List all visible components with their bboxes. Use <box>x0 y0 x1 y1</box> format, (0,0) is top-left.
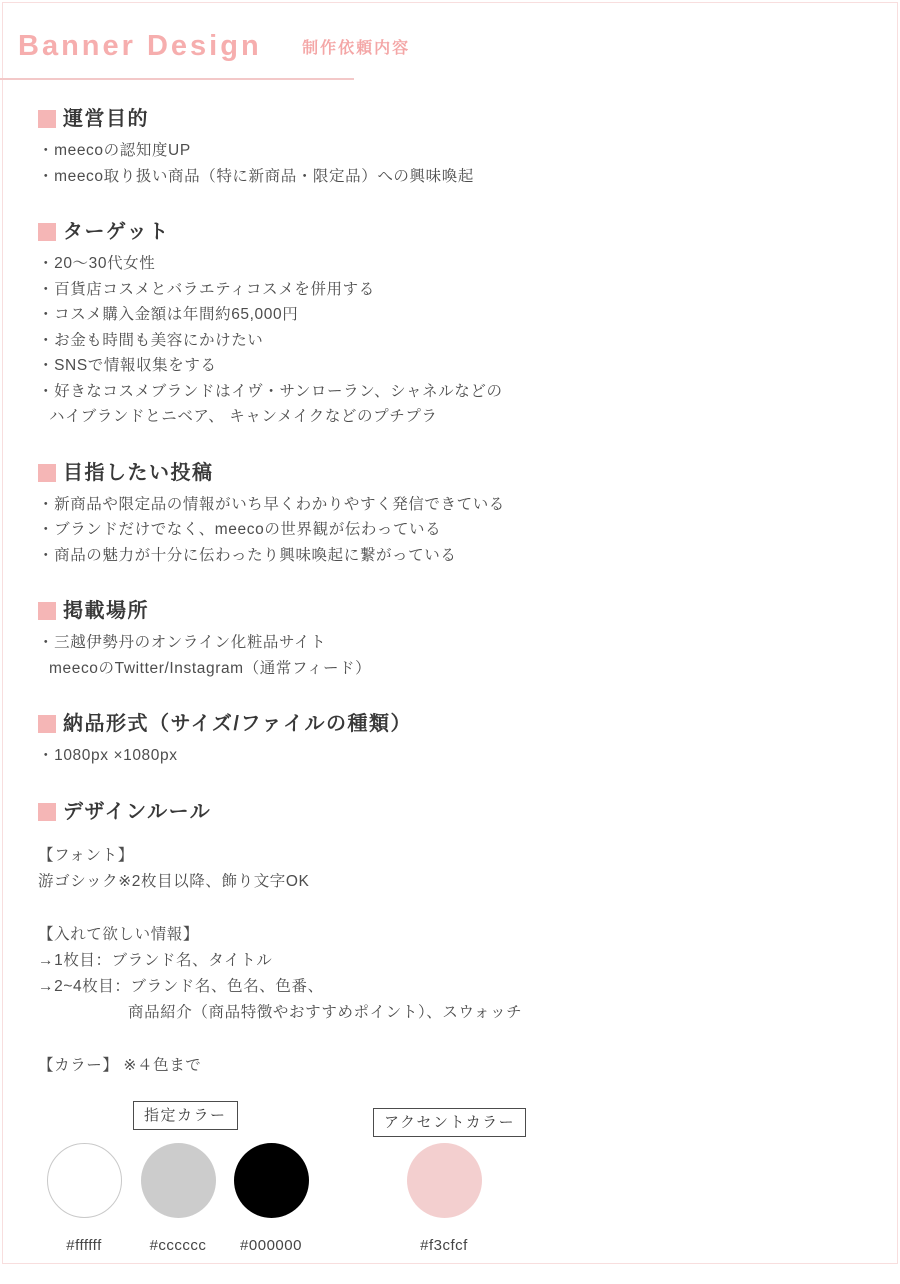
info-rule-line: →2~4枚目：ブランド名、色名、色番、 <box>38 974 858 1000</box>
pink-square-icon <box>38 110 56 128</box>
section-placement: 掲載場所 ・三越伊勢丹のオンライン化粧品サイト meecoのTwitter/In… <box>38 598 858 681</box>
section-heading-label: 掲載場所 <box>63 598 149 624</box>
section-desired-posts: 目指したい投稿 ・新商品や限定品の情報がいち早くわかりやすく発信できている ・ブ… <box>38 460 858 569</box>
design-rules-color-block: 【カラー】 ※４色まで <box>38 1053 858 1079</box>
bullet-line: ・ブランドだけでなく、meecoの世界観が伝わっている <box>38 517 858 543</box>
bullet-line: ・20〜30代女性 <box>38 251 858 277</box>
section-heading: 目指したい投稿 <box>38 460 858 486</box>
hex-label: #f3cfcf <box>406 1237 482 1254</box>
bullet-line: ・お金も時間も美容にかけたい <box>38 328 858 354</box>
page-header: Banner Design 制作依頼内容 <box>0 0 900 80</box>
swatch-white: #ffffff <box>46 1143 122 1254</box>
section-operation-purpose: 運営目的 ・meecoの認知度UP ・meeco取り扱い商品（特に新商品・限定品… <box>38 106 858 189</box>
section-heading-label: デザインルール <box>63 799 211 825</box>
section-target: ターゲット ・20〜30代女性 ・百貨店コスメとバラエティコスメを併用する ・コ… <box>38 219 858 430</box>
section-heading-label: 目指したい投稿 <box>63 460 214 486</box>
swatch-gray: #cccccc <box>140 1143 216 1254</box>
color-circle <box>234 1143 309 1218</box>
design-rules-font-block: 【フォント】 游ゴシック※2枚目以降、飾り文字OK <box>38 843 858 895</box>
section-heading: 掲載場所 <box>38 598 858 624</box>
section-heading: ターゲット <box>38 219 858 245</box>
font-rule-value: 游ゴシック※2枚目以降、飾り文字OK <box>38 869 858 895</box>
pink-square-icon <box>38 803 56 821</box>
bullet-line: ・好きなコスメブランドはイヴ・サンローラン、シャネルなどの <box>38 379 858 405</box>
accent-color-tag: アクセントカラー <box>373 1108 526 1137</box>
section-heading-label: 運営目的 <box>63 106 149 132</box>
section-heading: 納品形式（サイズ/ファイルの種類） <box>38 711 858 737</box>
section-heading: 運営目的 <box>38 106 858 132</box>
section-heading-label: ターゲット <box>63 219 170 245</box>
info-rule-label: 【入れて欲しい情報】 <box>38 922 858 948</box>
design-rules-info-block: 【入れて欲しい情報】 →1枚目：ブランド名、タイトル →2~4枚目：ブランド名、… <box>38 922 858 1026</box>
color-circle <box>47 1143 122 1218</box>
color-circle <box>141 1143 216 1218</box>
bullet-line: ・三越伊勢丹のオンライン化粧品サイト <box>38 630 858 656</box>
font-rule-label: 【フォント】 <box>38 843 858 869</box>
content-area: 運営目的 ・meecoの認知度UP ・meeco取り扱い商品（特に新商品・限定品… <box>0 106 900 1271</box>
hex-label: #ffffff <box>46 1237 122 1254</box>
page-subtitle: 制作依頼内容 <box>302 35 410 58</box>
bullet-line: ・新商品や限定品の情報がいち早くわかりやすく発信できている <box>38 492 858 518</box>
pink-square-icon <box>38 715 56 733</box>
info-rule-line: →1枚目：ブランド名、タイトル <box>38 948 858 974</box>
swatch-black: #000000 <box>233 1143 309 1254</box>
bullet-line: ・コスメ購入金額は年間約65,000円 <box>38 302 858 328</box>
section-heading-label: 納品形式（サイズ/ファイルの種類） <box>63 711 412 737</box>
bullet-line: ・百貨店コスメとバラエティコスメを併用する <box>38 277 858 303</box>
color-palette: 指定カラー アクセントカラー #ffffff #cccccc #000000 #… <box>38 1101 858 1271</box>
color-circle <box>407 1143 482 1218</box>
swatch-accent-pink: #f3cfcf <box>406 1143 482 1254</box>
pink-square-icon <box>38 223 56 241</box>
bullet-line: ・1080px ×1080px <box>38 743 858 769</box>
color-rule-label: 【カラー】 ※４色まで <box>38 1053 858 1079</box>
bullet-continuation-line: meecoのTwitter/Instagram（通常フィード） <box>38 656 858 682</box>
pink-square-icon <box>38 602 56 620</box>
bullet-continuation-line: ハイブランドとニベア、 キャンメイクなどのプチプラ <box>38 404 858 430</box>
bullet-line: ・meecoの認知度UP <box>38 138 858 164</box>
bullet-line: ・meeco取り扱い商品（特に新商品・限定品）への興味喚起 <box>38 164 858 190</box>
title-underline <box>0 78 354 80</box>
pink-square-icon <box>38 464 56 482</box>
section-heading: デザインルール <box>38 799 858 825</box>
designated-color-tag: 指定カラー <box>133 1101 238 1130</box>
section-delivery-format: 納品形式（サイズ/ファイルの種類） ・1080px ×1080px <box>38 711 858 769</box>
page-title: Banner Design <box>18 30 262 63</box>
hex-label: #000000 <box>233 1237 309 1254</box>
info-rule-continuation-line: 商品紹介（商品特徴やおすすめポイント）、スウォッチ <box>38 1000 858 1026</box>
bullet-line: ・SNSで情報収集をする <box>38 353 858 379</box>
hex-label: #cccccc <box>140 1237 216 1254</box>
bullet-line: ・商品の魅力が十分に伝わったり興味喚起に繋がっている <box>38 543 858 569</box>
section-design-rules: デザインルール 【フォント】 游ゴシック※2枚目以降、飾り文字OK 【入れて欲し… <box>38 799 858 1271</box>
